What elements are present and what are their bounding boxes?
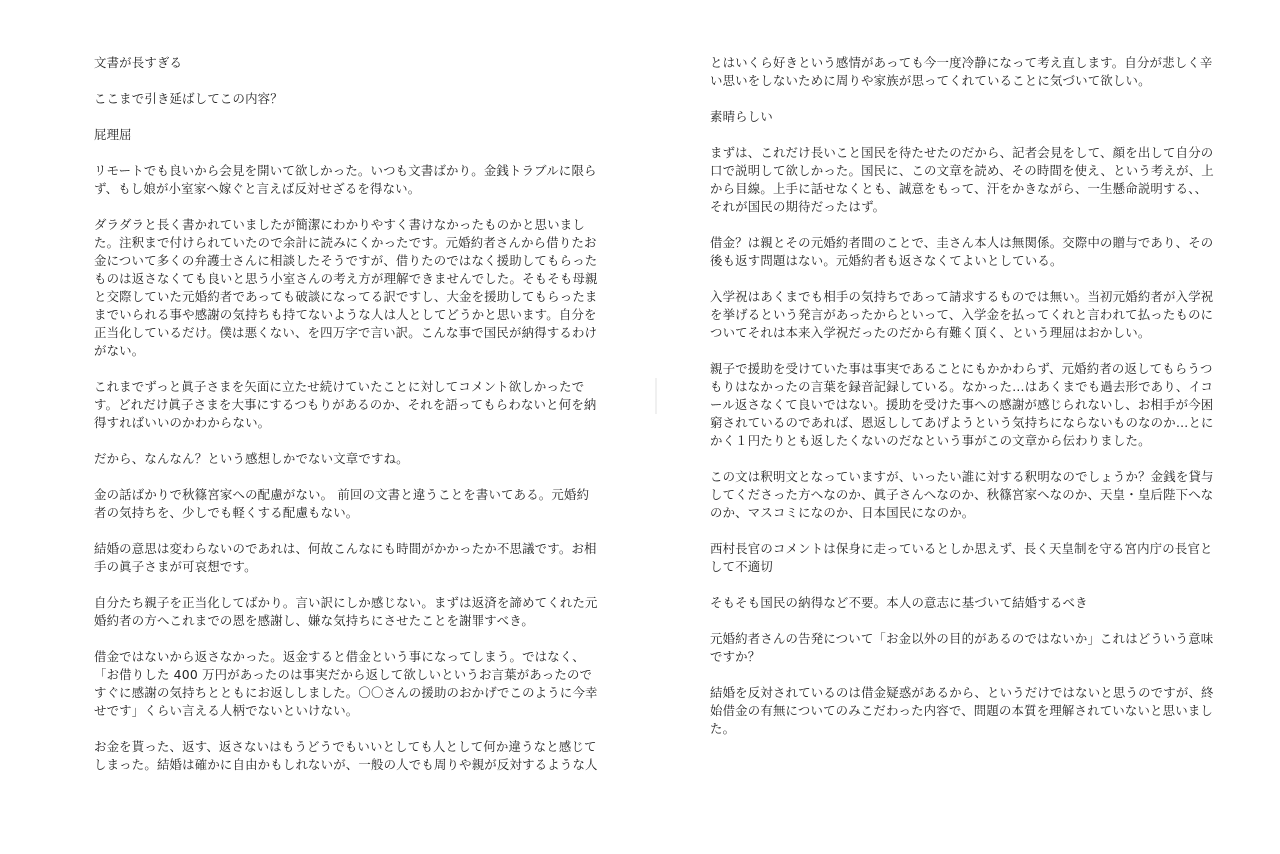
comment-paragraph: 元婚約者さんの告発について「お金以外の目的があるのではないか」これはどういう意味… [710, 630, 1216, 666]
page-spine-divider [655, 378, 657, 414]
comment-paragraph: 素晴らしい [710, 108, 1216, 126]
comment-paragraph: とはいくら好きという感情があっても今一度冷静になって考え直します。自分が悲しく辛… [710, 54, 1216, 90]
comment-paragraph: 結婚を反対されているのは借金疑惑があるから、というだけではないと思うのですが、終… [710, 684, 1216, 738]
comment-paragraph: 入学祝はあくまでも相手の気持ちであって請求するものでは無い。当初元婚約者が入学祝… [710, 288, 1216, 342]
comment-paragraph: 西村長官のコメントは保身に走っているとしか思えず、長く天皇制を守る宮内庁の長官と… [710, 540, 1216, 576]
comment-paragraph: 結婚の意思は変わらないのであれは、何故こんなにも時間がかかったか不思議です。お相… [94, 540, 600, 576]
comment-paragraph: お金を貰った、返す、返さないはもうどうでもいいとしても人として何か違うなと感じて… [94, 738, 600, 774]
left-page: 文書が長すぎる ここまで引き延ばしてこの内容？ 屁理屈 リモートでも良いから会見… [94, 54, 600, 792]
comment-paragraph: ここまで引き延ばしてこの内容？ [94, 90, 600, 108]
comment-paragraph: この文は釈明文となっていますが、いったい誰に対する釈明なのでしょうか？金銭を貸与… [710, 468, 1216, 522]
comment-paragraph: リモートでも良いから会見を開いて欲しかった。いつも文書ばかり。金銭トラブルに限ら… [94, 162, 600, 198]
comment-paragraph: これまでずっと眞子さまを矢面に立たせ続けていたことに対してコメント欲しかったです… [94, 378, 600, 432]
comment-paragraph: だから、なんなん？という感想しかでない文章ですね。 [94, 450, 600, 468]
comment-paragraph: 金の話ばかりで秋篠宮家への配慮がない。 前回の文書と違うことを書いてある。元婚約… [94, 486, 600, 522]
comment-paragraph: ダラダラと長く書かれていましたが簡潔にわかりやすく書けなかったものかと思いました… [94, 216, 600, 360]
comment-paragraph: そもそも国民の納得など不要。本人の意志に基づいて結婚するべき [710, 594, 1216, 612]
right-page: とはいくら好きという感情があっても今一度冷静になって考え直します。自分が悲しく辛… [710, 54, 1216, 756]
comment-paragraph: 借金？は親とその元婚約者間のことで、圭さん本人は無関係。交際中の贈与であり、その… [710, 234, 1216, 270]
comment-paragraph: 文書が長すぎる [94, 54, 600, 72]
comment-paragraph: 屁理屈 [94, 126, 600, 144]
comment-paragraph: 自分たち親子を正当化してばかり。言い訳にしか感じない。まずは返済を諦めてくれた元… [94, 594, 600, 630]
comment-paragraph: 親子で援助を受けていた事は事実であることにもかかわらず、元婚約者の返してもらうつ… [710, 360, 1216, 450]
comment-paragraph: 借金ではないから返さなかった。返金すると借金という事になってしまう。ではなく、「… [94, 648, 600, 720]
comment-paragraph: まずは、これだけ長いこと国民を待たせたのだから、記者会見をして、顔を出して自分の… [710, 144, 1216, 216]
